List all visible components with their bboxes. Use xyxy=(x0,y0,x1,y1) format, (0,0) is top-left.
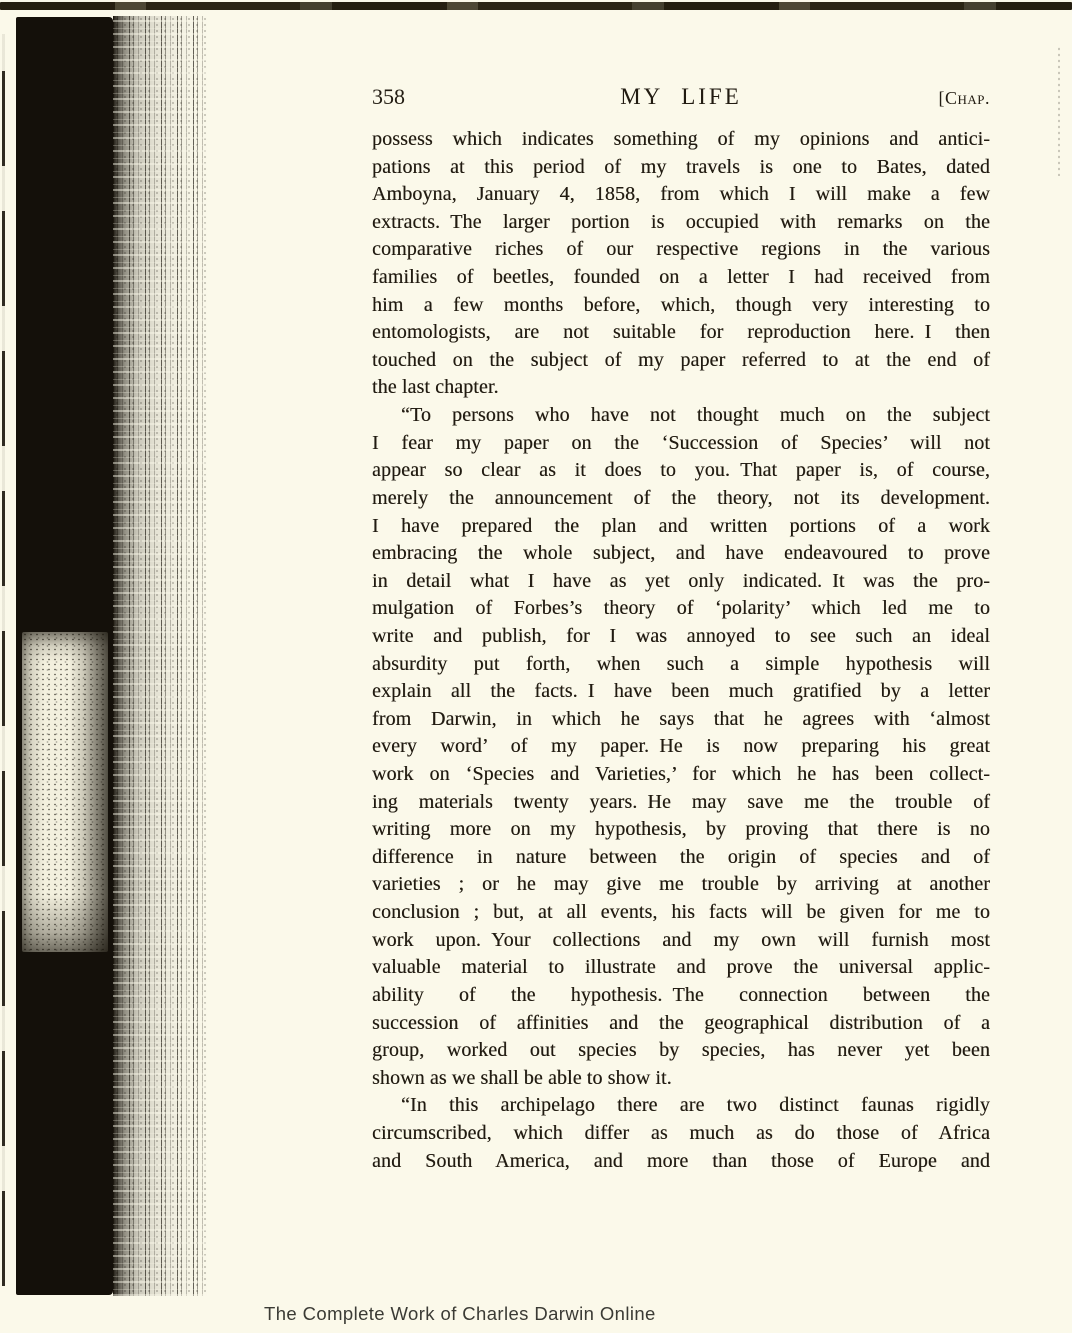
text-line: merely the announcement of the theory, n… xyxy=(372,485,990,513)
text-line: work upon. Your collections and my own w… xyxy=(372,927,990,955)
text-line: varieties ; or he may give me trouble by… xyxy=(372,871,990,899)
scan-binding-highlight-patch xyxy=(22,632,108,952)
text-line: “To persons who have not thought much on… xyxy=(372,402,990,430)
text-line: entomologists, are not suitable for repr… xyxy=(372,319,990,347)
text-line: touched on the subject of my paper refer… xyxy=(372,347,990,375)
text-line: “In this archipelago there are two disti… xyxy=(372,1092,990,1120)
text-line: I have prepared the plan and written por… xyxy=(372,513,990,541)
scan-binding-shadow xyxy=(16,17,113,1295)
text-line: group, worked out species by species, ha… xyxy=(372,1037,990,1065)
scan-right-edge-specks xyxy=(1057,46,1062,176)
text-line: him a few months before, which, though v… xyxy=(372,292,990,320)
text-line: difference in nature between the origin … xyxy=(372,844,990,872)
page-header: 358 MY LIFE [Chap. xyxy=(372,84,990,110)
page-text-block: possess which indicates something of my … xyxy=(372,126,990,1175)
text-line: and South America, and more than those o… xyxy=(372,1148,990,1176)
text-line: every word’ of my paper. He is now prepa… xyxy=(372,733,990,761)
footer-caption: The Complete Work of Charles Darwin Onli… xyxy=(264,1303,656,1325)
running-title: MY LIFE xyxy=(620,84,742,110)
text-line: I fear my paper on the ‘Succession of Sp… xyxy=(372,430,990,458)
scan-top-edge-bar xyxy=(0,2,1072,10)
text-line: conclusion ; but, at all events, his fac… xyxy=(372,899,990,927)
text-line: shown as we shall be able to show it. xyxy=(372,1065,990,1093)
text-line: writing more on my hypothesis, by provin… xyxy=(372,816,990,844)
text-line: Amboyna, January 4, 1858, from which I w… xyxy=(372,181,990,209)
text-line: valuable material to illustrate and prov… xyxy=(372,954,990,982)
scan-binding-streaks xyxy=(113,16,209,1296)
scan-left-hairline xyxy=(2,34,5,1286)
text-line: extracts. The larger portion is occupied… xyxy=(372,209,990,237)
text-line: the last chapter. xyxy=(372,374,990,402)
text-line: ing materials twenty years. He may save … xyxy=(372,789,990,817)
text-line: embracing the whole subject, and have en… xyxy=(372,540,990,568)
chapter-marker: [Chap. xyxy=(938,88,990,109)
text-line: in detail what I have as yet only indica… xyxy=(372,568,990,596)
text-line: appear so clear as it does to you. That … xyxy=(372,457,990,485)
text-line: comparative riches of our respective reg… xyxy=(372,236,990,264)
text-line: pations at this period of my travels is … xyxy=(372,154,990,182)
text-line: possess which indicates something of my … xyxy=(372,126,990,154)
text-line: succession of affinities and the geograp… xyxy=(372,1010,990,1038)
text-line: from Darwin, in which he says that he ag… xyxy=(372,706,990,734)
scanned-book-page: 358 MY LIFE [Chap. possess which indicat… xyxy=(0,0,1072,1333)
text-line: ability of the hypothesis. The connectio… xyxy=(372,982,990,1010)
text-line: work on ‘Species and Varieties,’ for whi… xyxy=(372,761,990,789)
text-line: circumscribed, which differ as much as d… xyxy=(372,1120,990,1148)
text-line: write and publish, for I was annoyed to … xyxy=(372,623,990,651)
text-line: explain all the facts. I have been much … xyxy=(372,678,990,706)
text-line: absurdity put forth, when such a simple … xyxy=(372,651,990,679)
text-line: families of beetles, founded on a letter… xyxy=(372,264,990,292)
page-number: 358 xyxy=(372,84,405,110)
text-line: mulgation of Forbes’s theory of ‘polarit… xyxy=(372,595,990,623)
